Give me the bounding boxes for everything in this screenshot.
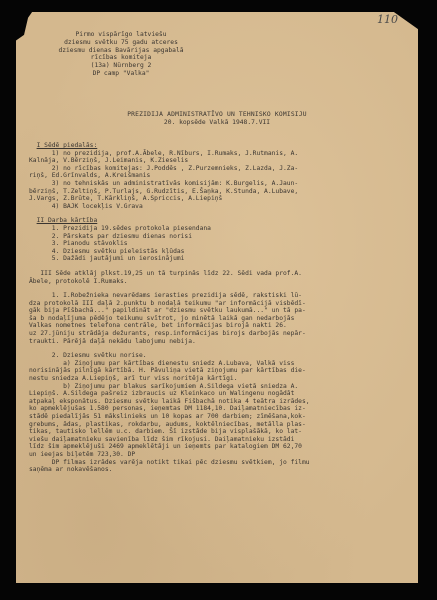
body-line: tikas, tautisko lellēm u.c. darbiem. Šī … xyxy=(29,428,409,436)
letterhead-line: dziesmu svētku 75 gadu atceres xyxy=(36,39,206,47)
section-heading: II Darba kārtība xyxy=(29,217,409,225)
body-line: gāk bija Pīšbachā..." papildināt ar "dzi… xyxy=(29,307,409,315)
body-line: līdz šim apmeklējuši 2469 apmeklētāji un… xyxy=(29,443,409,451)
letterhead-line: (13a) Nürnberg 2 xyxy=(36,62,206,70)
document-title: PREZIDIJA ADMINISTRATĪVO UN TEHNISKO KOM… xyxy=(16,111,418,119)
body-line: a) Ziņojumu par kārtības dienestu sniedz… xyxy=(29,360,409,368)
folio-number: 110 xyxy=(377,16,398,24)
section-heading: I Sēdē piedalās: xyxy=(29,142,409,150)
body-line: norisinājās pilnīgā kārtībā. H. Pāvuliņa… xyxy=(29,367,409,375)
agenda-item: 1. Prezidija 19.sēdes protokola piesenda… xyxy=(29,225,409,233)
letterhead-line: DP camp "Valka" xyxy=(36,70,206,78)
body-line: J.Vargs, Z.Brūte, T.Kārkliņš, A.Spriccis… xyxy=(29,195,409,203)
body-line: uz 27.jūniju strādāja dežurants, resp.in… xyxy=(29,330,409,338)
subsection-heading: 2. Dziesmu svētku norise. xyxy=(29,352,409,360)
body-line: nestu sniedza A.Liepiņš, arī tur viss no… xyxy=(29,375,409,383)
letterhead-line: dziesmu dienas Bavārijas apgabalā xyxy=(36,47,206,55)
agenda-item: 3. Pianodu stāvoklis xyxy=(29,240,409,248)
agenda-item: 5. Dažādi jautājumi un ierosinājumi xyxy=(29,255,409,263)
letterhead: Pirmo vispārīgo latviešu dziesmu svētku … xyxy=(36,31,206,78)
body-line: 4) BAJK locekļis V.Grava xyxy=(29,203,409,211)
letterhead-line: rīcības komiteja xyxy=(36,54,206,62)
body-line: Valkas nometnes telefona centrāle, bet i… xyxy=(29,322,409,330)
section-heading-text: I Sēdē piedalās: xyxy=(37,142,98,149)
body-line: saņēma ar nokavēšanos. xyxy=(29,466,409,474)
letterhead-line: Pirmo vispārīgo latviešu xyxy=(36,31,206,39)
document-subtitle: 20. kopsēde Valkā 1948.7.VII xyxy=(16,119,418,127)
document-page: 110 Pirmo vispārīgo latviešu dziesmu svē… xyxy=(16,12,418,583)
body-line: un ieejas biļetēm 723,30. DP xyxy=(29,451,409,459)
body-line: traukti. Pārējā daļā nekādu labojumu neb… xyxy=(29,338,409,346)
document-body: I Sēdē piedalās: 1) no prezidija, prof.A… xyxy=(29,142,409,474)
body-line: 1. I.Robežnieka nevarēdams ierasties pre… xyxy=(29,292,409,300)
body-line: riņš, Ed.Grīnvalds, A.Kreišmanis xyxy=(29,172,409,180)
body-line: ša b nodaļījuma pēdējo teikumu svītrot, … xyxy=(29,315,409,323)
section-heading-text: II Darba kārtība xyxy=(37,217,98,224)
body-line: Liepiņš. A.Sildega pašreiz izbraucis uz … xyxy=(29,390,409,398)
body-line: Kalnāja, V.Bērziņš, J.Leimanis, K.Ziesel… xyxy=(29,157,409,165)
body-line: ko apmeklējušas 1.580 personas, ieņemtas… xyxy=(29,405,409,413)
body-line: Ābele, protokolē I.Rumaks. xyxy=(29,278,409,286)
body-line: 3) no tehniskās un administratīvās komis… xyxy=(29,180,409,188)
body-line: stādē piedalījās 51 mākslinieks un 10 ko… xyxy=(29,413,409,421)
body-line: III Sēde atklāj plkst.19,25 un tā turpin… xyxy=(29,270,409,278)
agenda-item: 2. Pārskats par dziesmu dienas norisi xyxy=(29,233,409,241)
